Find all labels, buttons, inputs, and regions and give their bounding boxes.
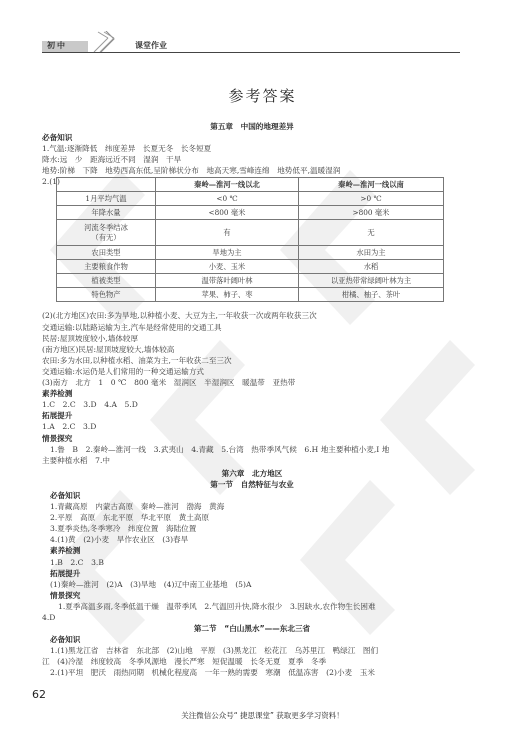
answer-line: 1.(1)黑龙江省 吉林省 东北部 (2)山地 平原 (3)黑龙江 松花江 乌苏…	[42, 645, 462, 656]
answer-line: (2)(北方地区)农田:多为旱地,以种植小麦、大豆为主,一年收获一次或两年收获三…	[42, 310, 462, 321]
table-cell: <0 ℃	[156, 192, 299, 206]
answer-line: 交通运输:水运仍是人们常用的一种交通运输方式	[42, 366, 462, 377]
section-label-qingjing: 情景探究	[42, 433, 462, 444]
section-label-bibei: 必备知识	[42, 490, 462, 501]
table-cell: 水稻	[299, 260, 444, 274]
answer-line: 1.B 2.C 3.B	[42, 557, 462, 568]
table-cell: 苹果、柿子、枣	[156, 288, 299, 302]
table-cell: 温带落叶阔叶林	[156, 274, 299, 288]
table-cell: 特色物产	[57, 288, 156, 302]
answer-line: 2.平原 高原 东北平原 华北平原 黄土高原	[42, 512, 462, 523]
header-rule	[42, 52, 460, 53]
section-label-bibei: 必备知识	[42, 132, 462, 143]
answer-content: 第五章 中国的地理差异 必备知识 1.气温:逐渐降低 纬度差异 长夏无冬 长冬短…	[42, 121, 462, 679]
answer-line: 1.夏季高温多雨,冬季低温干燥 温带季风 2.气温回升快,降水很少 3.因缺水,…	[42, 601, 462, 612]
table-cell-line: 河流冬季结冰	[57, 223, 155, 233]
section-label-suyang: 素养检测	[42, 545, 462, 556]
page-number: 62	[32, 688, 46, 701]
table-header-cell: 秦岭—淮河一线以北	[156, 178, 299, 192]
section-label-tuozhan: 拓展提升	[42, 568, 462, 579]
table-row: 年降水量 <800 毫米 >800 毫米	[57, 206, 444, 220]
answer-line: 降水:远 少 距海远近不同 湿润 干旱	[42, 154, 462, 165]
answer-line: 江 (4)冷湿 纬度较高 冬季风源地 漫长严寒 短促温暖 长冬无夏 夏季 冬季	[42, 656, 462, 667]
answer-line: 4.D	[42, 612, 462, 623]
answer-line: 交通运输:以陆路运输为主,汽车是经常使用的交通工具	[42, 322, 462, 333]
footer-notice: 关注微信公众号“ 捷思课堂” 获取更多学习资料！	[0, 710, 525, 721]
answer-line: 民居:屋顶坡度较小,墙体较厚	[42, 333, 462, 344]
table-cell: 植被类型	[57, 274, 156, 288]
answer-line: (南方地区)民居:屋顶坡度较大,墙体较高	[42, 344, 462, 355]
table-cell: 主要粮食作物	[57, 260, 156, 274]
table-row: 主要粮食作物 小麦、玉米 水稻	[57, 260, 444, 274]
table-header-row: 秦岭—淮河一线以北 秦岭—淮河一线以南	[57, 178, 444, 192]
answer-line: 2.(1)平坦 肥沃 雨热同期 机械化程度高 一年一熟的需要 寒潮 低温冻害 (…	[42, 667, 462, 678]
table-row: 1月平均气温 <0 ℃ >0 ℃	[57, 192, 444, 206]
chapter-6-title: 第六章 北方地区	[42, 468, 462, 479]
answer-line: 1.鲁 B 2.秦岭—淮河一线 3.武夷山 4.青藏 5.台湾 热带季风气候 6…	[42, 444, 462, 455]
answer-line: 3.夏季炎热,冬季寒冷 纬度位置 海陆位置	[42, 523, 462, 534]
comparison-table-block: 2.(1) 秦岭—淮河一线以北 秦岭—淮河一线以南 1月平均气温 <0 ℃ >0…	[42, 176, 462, 310]
table-cell: 年降水量	[57, 206, 156, 220]
section-label-bibei: 必备知识	[42, 634, 462, 645]
table-cell: 河流冬季结冰 （有无）	[57, 220, 156, 246]
section-label-qingjing: 情景探究	[42, 590, 462, 601]
page-title: 参考答案	[0, 85, 525, 106]
north-south-comparison-table: 秦岭—淮河一线以北 秦岭—淮河一线以南 1月平均气温 <0 ℃ >0 ℃ 年降水…	[56, 177, 444, 302]
table-row: 植被类型 温带落叶阔叶林 以亚热带常绿阔叶林为主	[57, 274, 444, 288]
page-header: 初中 课堂作业	[42, 31, 460, 53]
section-label-tuozhan: 拓展提升	[42, 410, 462, 421]
section-2-title: 第二节 “白山黑水”——东北三省	[42, 623, 462, 634]
table-cell: >0 ℃	[299, 192, 444, 206]
table-cell: 旱地为主	[156, 246, 299, 260]
table-cell: 柑橘、柚子、茶叶	[299, 288, 444, 302]
table-header-cell: 秦岭—淮河一线以南	[299, 178, 444, 192]
table-row: 农田类型 旱地为主 水田为主	[57, 246, 444, 260]
table-cell: 小麦、玉米	[156, 260, 299, 274]
double-chevron-icon	[90, 31, 130, 53]
table-cell: 1月平均气温	[57, 192, 156, 206]
answer-line: (1)秦岭—淮河 (2)A (3)旱地 (4)辽中南工业基地 (5)A	[42, 579, 462, 590]
chapter-5-title: 第五章 中国的地理差异	[42, 121, 462, 132]
table-header-cell	[57, 178, 156, 192]
grade-tag: 初中	[47, 40, 67, 51]
table-cell: 农田类型	[57, 246, 156, 260]
answer-line: 农田:多为水田,以种植水稻、油菜为主,一年收获二至三次	[42, 355, 462, 366]
table-cell: 水田为主	[299, 246, 444, 260]
answer-line: 主要种植水稻 7.中	[42, 455, 462, 466]
answer-line: 地势:阶梯 下降 地势西高东低,呈阶梯状分布 地高天寒,雪峰连绵 地势低平,温暖…	[42, 165, 462, 176]
section-label-suyang: 素养检测	[42, 388, 462, 399]
table-row: 河流冬季结冰 （有无） 有 无	[57, 220, 444, 246]
table-cell: 有	[156, 220, 299, 246]
section-1-title: 第一节 自然特征与农业	[42, 479, 462, 490]
table-cell-line: （有无）	[57, 233, 155, 243]
answer-line: 4.(1)黄 (2)小麦 旱作农业区 (3)春旱	[42, 534, 462, 545]
answer-line: 1.气温:逐渐降低 纬度差异 长夏无冬 长冬短夏	[42, 143, 462, 154]
answer-line: 1.A 2.C 3.D	[42, 421, 462, 432]
table-cell: <800 毫米	[156, 206, 299, 220]
table-cell: 无	[299, 220, 444, 246]
answer-line: 1.C 2.C 3.D 4.A 5.D	[42, 399, 462, 410]
series-title: 课堂作业	[135, 40, 167, 51]
table-cell: >800 毫米	[299, 206, 444, 220]
table-cell: 以亚热带常绿阔叶林为主	[299, 274, 444, 288]
answer-line: (3)南方 北方 1 0 ℃ 800 毫米 湿润区 半湿润区 暖温带 亚热带	[42, 377, 462, 388]
table-row: 特色物产 苹果、柿子、枣 柑橘、柚子、茶叶	[57, 288, 444, 302]
answer-line: 1.青藏高原 内蒙古高原 秦岭—淮河 渤海 黄海	[42, 501, 462, 512]
